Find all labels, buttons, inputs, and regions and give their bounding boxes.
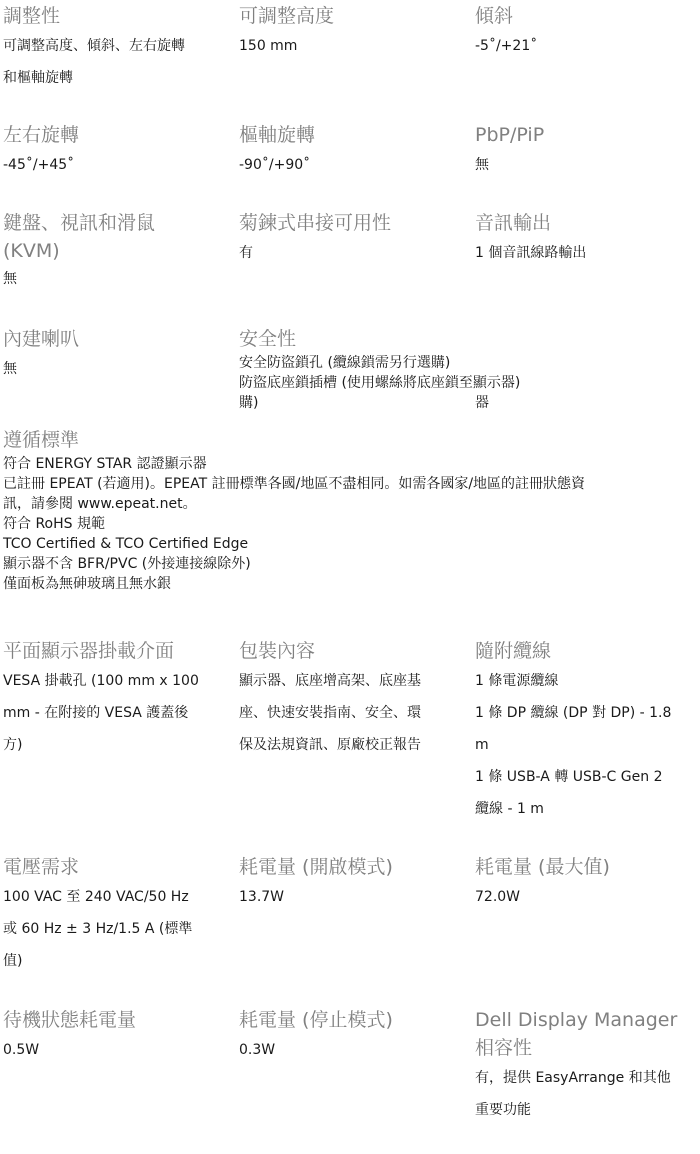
spec-value: 13.7W bbox=[239, 881, 467, 913]
spec-value: 安全防盜鎖孔 (纜線鎖需另行選購) 防盜底座鎖插槽 (使用螺絲將底座鎖至顯示器)… bbox=[239, 353, 569, 413]
spec-value: 符合 ENERGY STAR 認證顯示器 已註冊 EPEAT (若適用)。EPE… bbox=[3, 454, 693, 594]
spec-value: 無 bbox=[3, 265, 231, 293]
spec-label: 包裝內容 bbox=[239, 637, 467, 665]
spec-label: 平面顯示器掛載介面 bbox=[3, 637, 231, 665]
spec-label: 電壓需求 bbox=[3, 853, 231, 881]
spec-label: 遵循標準 bbox=[3, 426, 693, 454]
spec-value: 100 VAC 至 240 VAC/50 Hz 或 60 Hz ± 3 Hz/1… bbox=[3, 881, 231, 977]
spec-label: PbP/PiP bbox=[475, 121, 700, 149]
spec-value: 無 bbox=[3, 353, 231, 385]
spec-power-on: 耗電量 (開啟模式) 13.7W bbox=[239, 853, 467, 913]
spec-value: 0.3W bbox=[239, 1034, 467, 1066]
spec-label: 耗電量 (開啟模式) bbox=[239, 853, 467, 881]
spec-mount: 平面顯示器掛載介面 VESA 掛載孔 (100 mm x 100 mm - 在附… bbox=[3, 637, 231, 761]
spec-compliance: 遵循標準 符合 ENERGY STAR 認證顯示器 已註冊 EPEAT (若適用… bbox=[3, 426, 693, 594]
spec-standby: 待機狀態耗電量 0.5W bbox=[3, 1006, 231, 1066]
spec-label: 可調整高度 bbox=[239, 2, 467, 30]
spec-label: 內建喇叭 bbox=[3, 325, 231, 353]
spec-value: 0.5W bbox=[3, 1034, 231, 1066]
spec-value: 可調整高度、傾斜、左右旋轉 和樞軸旋轉 bbox=[3, 30, 231, 94]
spec-label: 左右旋轉 bbox=[3, 121, 231, 149]
spec-value: -5˚/+21˚ bbox=[475, 30, 700, 62]
spec-label: 耗電量 (停止模式) bbox=[239, 1006, 467, 1034]
spec-label: Dell Display Manager 相容性 bbox=[475, 1006, 700, 1062]
spec-label: 菊鍊式串接可用性 bbox=[239, 209, 467, 237]
spec-pivot: 樞軸旋轉 -90˚/+90˚ bbox=[239, 121, 467, 181]
spec-value: 150 mm bbox=[239, 30, 467, 62]
spec-value: 1 個音訊線路輸出 bbox=[475, 237, 700, 269]
spec-label: 鍵盤、視訊和滑鼠 (KVM) bbox=[3, 209, 231, 265]
spec-daisy-chain: 菊鍊式串接可用性 有 bbox=[239, 209, 467, 269]
spec-box-contents: 包裝內容 顯示器、底座增高架、底座基 座、快速安裝指南、安全、環 保及法規資訊、… bbox=[239, 637, 467, 761]
spec-power-max: 耗電量 (最大值) 72.0W bbox=[475, 853, 700, 913]
spec-label: 耗電量 (最大值) bbox=[475, 853, 700, 881]
spec-security: 安全性 安全防盜鎖孔 (纜線鎖需另行選購) 防盜底座鎖插槽 (使用螺絲將底座鎖至… bbox=[239, 325, 569, 413]
spec-height-adjust: 可調整高度 150 mm bbox=[239, 2, 467, 62]
spec-kvm: 鍵盤、視訊和滑鼠 (KVM) 無 bbox=[3, 209, 231, 293]
spec-tilt: 傾斜 -5˚/+21˚ bbox=[475, 2, 700, 62]
spec-value: -45˚/+45˚ bbox=[3, 149, 231, 181]
spec-label: 待機狀態耗電量 bbox=[3, 1006, 231, 1034]
spec-value: 顯示器、底座增高架、底座基 座、快速安裝指南、安全、環 保及法規資訊、原廠校正報… bbox=[239, 665, 467, 761]
spec-value: 有，提供 EasyArrange 和其他 重要功能 bbox=[475, 1062, 700, 1126]
spec-label: 隨附纜線 bbox=[475, 637, 700, 665]
spec-value: 有 bbox=[239, 237, 467, 269]
spec-label: 調整性 bbox=[3, 2, 231, 30]
spec-value: VESA 掛載孔 (100 mm x 100 mm - 在附接的 VESA 護蓋… bbox=[3, 665, 231, 761]
spec-power-off: 耗電量 (停止模式) 0.3W bbox=[239, 1006, 467, 1066]
spec-swivel: 左右旋轉 -45˚/+45˚ bbox=[3, 121, 231, 181]
spec-value: 1 條電源纜線 1 條 DP 纜線 (DP 對 DP) - 1.8 m 1 條 … bbox=[475, 665, 700, 825]
spec-audio-out: 音訊輸出 1 個音訊線路輸出 bbox=[475, 209, 700, 269]
spec-value: -90˚/+90˚ bbox=[239, 149, 467, 181]
spec-value: 無 bbox=[475, 149, 700, 181]
spec-label: 傾斜 bbox=[475, 2, 700, 30]
spec-voltage: 電壓需求 100 VAC 至 240 VAC/50 Hz 或 60 Hz ± 3… bbox=[3, 853, 231, 977]
spec-label: 安全性 bbox=[239, 325, 569, 353]
spec-speakers: 內建喇叭 無 bbox=[3, 325, 231, 385]
spec-ddm: Dell Display Manager 相容性 有，提供 EasyArrang… bbox=[475, 1006, 700, 1126]
spec-label: 音訊輸出 bbox=[475, 209, 700, 237]
spec-adjustability: 調整性 可調整高度、傾斜、左右旋轉 和樞軸旋轉 bbox=[3, 2, 231, 94]
spec-pbp-pip: PbP/PiP 無 bbox=[475, 121, 700, 181]
spec-cables: 隨附纜線 1 條電源纜線 1 條 DP 纜線 (DP 對 DP) - 1.8 m… bbox=[475, 637, 700, 825]
spec-label: 樞軸旋轉 bbox=[239, 121, 467, 149]
spec-value: 72.0W bbox=[475, 881, 700, 913]
